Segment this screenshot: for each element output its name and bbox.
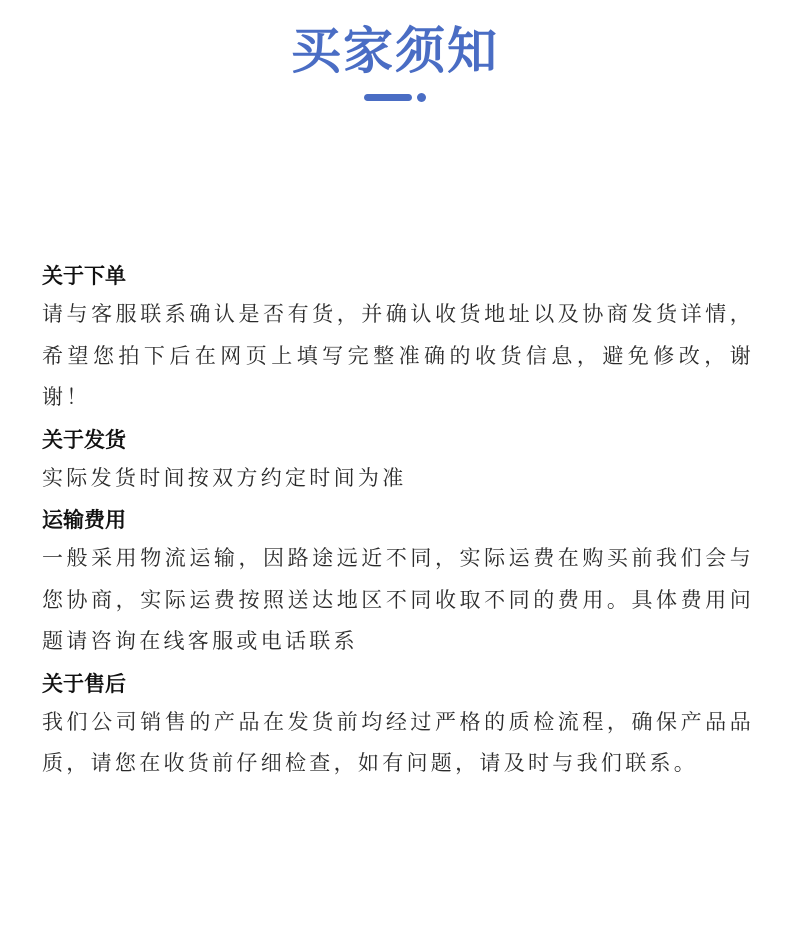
title-divider-line: [364, 94, 412, 101]
section-body: 一般采用物流运输，因路途远近不同，实际运费在购买前我们会与您协商，实际运费按照送…: [42, 538, 754, 663]
notice-content: 关于下单 请与客服联系确认是否有货，并确认收货地址以及协商发货详情，希望您拍下后…: [42, 258, 754, 788]
section-heading: 关于售后: [42, 666, 754, 702]
section-after-sales: 关于售后 我们公司销售的产品在发货前均经过严格的质检流程，确保产品品质，请您在收…: [42, 666, 754, 785]
section-body: 实际发货时间按双方约定时间为准: [42, 458, 754, 500]
page-title: 买家须知: [0, 20, 790, 82]
section-heading: 运输费用: [42, 502, 754, 538]
title-divider-dot: [417, 93, 426, 102]
section-ordering: 关于下单 请与客服联系确认是否有货，并确认收货地址以及协商发货详情，希望您拍下后…: [42, 258, 754, 419]
section-body: 我们公司销售的产品在发货前均经过严格的质检流程，确保产品品质，请您在收货前仔细检…: [42, 702, 754, 785]
section-freight: 运输费用 一般采用物流运输，因路途远近不同，实际运费在购买前我们会与您协商，实际…: [42, 502, 754, 663]
section-shipping: 关于发货 实际发货时间按双方约定时间为准: [42, 422, 754, 500]
section-body: 请与客服联系确认是否有货，并确认收货地址以及协商发货详情，希望您拍下后在网页上填…: [42, 294, 754, 419]
section-heading: 关于下单: [42, 258, 754, 294]
section-heading: 关于发货: [42, 422, 754, 458]
